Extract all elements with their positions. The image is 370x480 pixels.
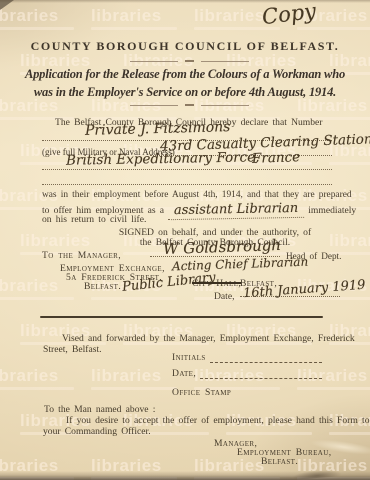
form-subtitle-line1: Application for the Release from the Col…	[0, 67, 370, 82]
instruction-line1: If you desire to accept the offer of emp…	[66, 415, 370, 426]
vised-date-label: Date,	[172, 368, 196, 379]
footer-belfast: Belfast.	[261, 456, 298, 467]
form-subtitle-line2: was in the Employer's Service on or befo…	[0, 85, 370, 100]
office-stamp-label: Office Stamp	[172, 387, 231, 398]
vised-line2: Street, Belfast.	[43, 344, 102, 355]
declaration-body-line3: on his return to civil life.	[42, 214, 146, 225]
handwritten-role: Acting Chief Librarian	[172, 255, 309, 274]
addressee-to-manager: To the Manager,	[42, 250, 121, 261]
initials-label: Initials	[172, 352, 206, 363]
ornament-rule-top	[130, 60, 249, 62]
body-line2-post: immediately	[308, 205, 356, 216]
handwritten-occupation: assistant Librarian	[168, 201, 304, 220]
date-dashed-line	[200, 369, 322, 379]
date-label: Date,	[214, 291, 235, 302]
handwritten-copy-note: Copy	[261, 0, 318, 29]
section-divider-rule	[40, 316, 323, 318]
handwritten-address-line2b: France	[252, 149, 301, 167]
struck-city-hall: City Hall,	[192, 278, 241, 289]
instruction-line2: your Commanding Officer.	[43, 426, 151, 437]
initials-row: Initials	[172, 352, 322, 363]
declaration-body-line1: was in their employment before August 4t…	[42, 190, 352, 200]
form-title: COUNTY BOROUGH COUNCIL OF BELFAST.	[0, 39, 370, 54]
bottom-edge-shadow	[0, 471, 370, 480]
ornament-rule-bottom	[130, 104, 249, 106]
vised-line1: Vised and forwarded by the Manager, Empl…	[62, 333, 355, 344]
date-row: Date,	[172, 368, 322, 379]
handwritten-address-line2a: British Expeditionary Force,	[66, 149, 260, 168]
initials-dashed-line	[210, 353, 322, 363]
scanned-form-page: librarieslibrarieslibrarieslibrarieslibr…	[0, 0, 370, 480]
addressee-belfast: Belfast.	[84, 281, 121, 292]
address-dotted-line-3	[42, 176, 332, 185]
watermark-text: libraries	[91, 6, 191, 30]
to-man-named-above: To the Man named above :	[44, 404, 155, 415]
watermark-text: libraries	[0, 366, 88, 390]
